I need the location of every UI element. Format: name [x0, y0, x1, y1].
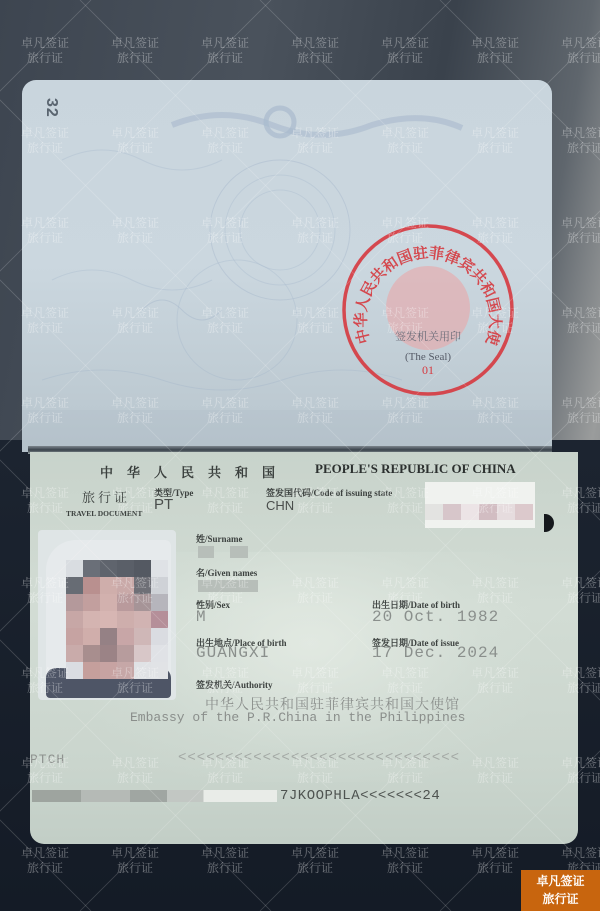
watermark-text: 卓凡签证旅行证 [95, 36, 175, 66]
country-name-en: PEOPLE'S REPUBLIC OF CHINA [315, 461, 516, 477]
seal-number: 01 [422, 363, 434, 377]
value-code: CHN [266, 498, 294, 513]
redacted-surname [198, 546, 214, 558]
watermark-text: 卓凡签证旅行证 [5, 36, 85, 66]
watermark-text: 卓凡签证旅行证 [455, 36, 535, 66]
redacted-mrz-line-2 [32, 790, 277, 802]
value-date-of-issue: 17 Dec. 2024 [372, 644, 499, 662]
value-authority-en: Embassy of the P.R.China in the Philippi… [130, 710, 465, 725]
watermark-text: 卓凡签证旅行证 [185, 36, 265, 66]
watermark-text: 卓凡签证旅行证 [545, 36, 600, 66]
brand-badge: 卓凡签证 旅行证 [521, 870, 600, 911]
punch-hole [544, 514, 554, 532]
value-date-of-birth: 20 Oct. 1982 [372, 608, 499, 626]
document-title-en: TRAVEL DOCUMENT [66, 509, 142, 518]
watermark-text: 卓凡签证旅行证 [545, 126, 600, 156]
watermark-text: 卓凡签证旅行证 [545, 306, 600, 336]
badge-line-1: 卓凡签证 [521, 872, 600, 890]
visa-page: 32 中华人民共和国驻菲律宾共和国大使馆 签发机关用印 (The Seal) 0… [22, 80, 552, 452]
badge-line-2: 旅行证 [521, 890, 600, 908]
mrz-line-2: 7JKOOPHLA<<<<<<<24 [280, 788, 440, 804]
embassy-seal: 中华人民共和国驻菲律宾共和国大使馆 签发机关用印 (The Seal) 01 [340, 222, 516, 398]
mrz-line-1-filler: <<<<<<<<<<<<<<<<<<<<<<<<<<<<<< [178, 750, 460, 766]
redacted-surname [230, 546, 248, 558]
holder-photo [38, 530, 176, 700]
watermark-text: 卓凡签证旅行证 [545, 396, 600, 426]
watermark-text: 卓凡签证旅行证 [365, 36, 445, 66]
watermark-text: 卓凡签证旅行证 [545, 216, 600, 246]
label-authority: 签发机关/Authority [196, 678, 273, 691]
watermark-text: 卓凡签证旅行证 [275, 36, 355, 66]
redacted-given-names [198, 580, 258, 592]
label-surname: 姓/Surname [196, 532, 243, 545]
redacted-document-number [425, 482, 535, 528]
value-sex: M [196, 608, 207, 626]
pixelated-face [66, 560, 168, 679]
document-title-cn: 旅行证 [82, 487, 130, 506]
value-place-of-birth: GUANGXI [196, 644, 270, 662]
data-page: 中华人民共和国 PEOPLE'S REPUBLIC OF CHINA 旅行证 T… [30, 452, 578, 844]
seal-label: (The Seal) [405, 351, 451, 363]
country-name-cn: 中华人民共和国 [100, 462, 289, 481]
value-type: PT [154, 496, 173, 513]
seal-inner-text: 签发机关用印 [395, 329, 461, 343]
mrz-line-1-start: PTCH [30, 752, 65, 767]
label-given-names: 名/Given names [196, 566, 257, 579]
page-number: 32 [42, 98, 60, 118]
